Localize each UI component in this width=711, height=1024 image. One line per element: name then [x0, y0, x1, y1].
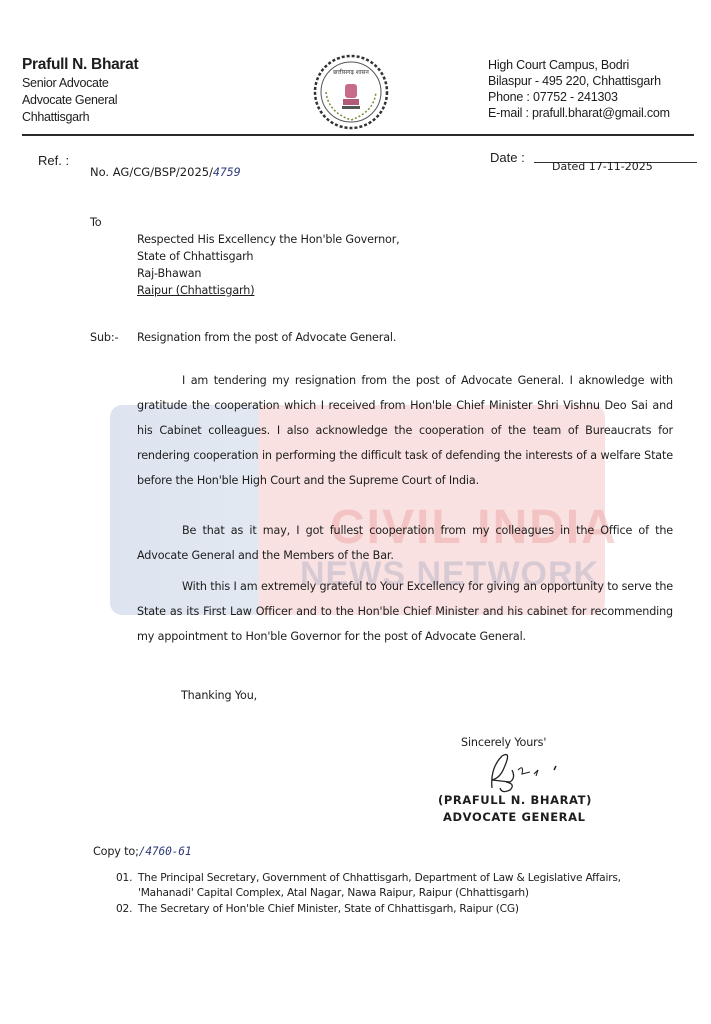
signatory-name: (PRAFULL N. BHARAT) — [438, 793, 592, 807]
signature — [472, 748, 572, 798]
phone: Phone : 07752 - 241303 — [488, 90, 618, 104]
recipient-line-3: Raj-Bhawan — [137, 267, 201, 280]
date-label: Date : — [490, 150, 525, 165]
address-line-1: High Court Campus, Bodri — [488, 58, 629, 72]
copy-to-handwritten: /4760-61 — [139, 845, 192, 858]
svg-text:छत्तीसगढ़ शासन: छत्तीसगढ़ शासन — [333, 68, 369, 76]
recipient-line-4: Raipur (Chhattisgarh) — [137, 284, 254, 297]
letterhead-state: Chhattisgarh — [22, 110, 89, 124]
copy-item-1-number: 01. — [116, 872, 132, 884]
recipient-line-2: State of Chhattisgarh — [137, 250, 253, 263]
letterhead-office: Advocate General — [22, 93, 117, 107]
ref-label: Ref. : — [38, 153, 69, 168]
copy-item-1-line-2: 'Mahanadi' Capital Complex, Atal Nagar, … — [138, 887, 529, 899]
ref-number: No. AG/CG/BSP/2025/4759 — [90, 165, 241, 179]
body-paragraph-2: Be that as it may, I got fullest coopera… — [137, 518, 673, 568]
copy-to: Copy to;/4760-61 — [93, 845, 191, 858]
copy-to-label: Copy to; — [93, 845, 139, 858]
recipient-line-1: Respected His Excellency the Hon'ble Gov… — [137, 233, 400, 246]
state-emblem-icon: छत्तीसगढ़ शासन — [312, 52, 390, 132]
copy-item-2-number: 02. — [116, 903, 132, 915]
date-value: Dated 17-11-2025 — [552, 160, 653, 173]
copy-item-2-line-1: The Secretary of Hon'ble Chief Minister,… — [138, 903, 519, 915]
body-paragraph-3: With this I am extremely grateful to You… — [137, 574, 673, 649]
ref-number-printed: No. AG/CG/BSP/2025/ — [90, 165, 213, 179]
ref-number-handwritten: 4759 — [213, 165, 241, 179]
letterhead-designation: Senior Advocate — [22, 76, 109, 90]
to-label: To — [90, 216, 101, 229]
letterhead-name: Prafull N. Bharat — [22, 56, 138, 74]
signatory-title: ADVOCATE GENERAL — [443, 810, 586, 824]
thanks: Thanking You, — [181, 689, 257, 702]
subject-text: Resignation from the post of Advocate Ge… — [137, 331, 396, 344]
address-line-2: Bilaspur - 495 220, Chhattisgarh — [488, 74, 661, 88]
copy-item-1-line-1: The Principal Secretary, Government of C… — [138, 872, 621, 884]
letterhead-divider — [22, 134, 694, 136]
body-paragraph-1: I am tendering my resignation from the p… — [137, 368, 673, 493]
subject-label: Sub:- — [90, 331, 118, 344]
email: E-mail : prafull.bharat@gmail.com — [488, 106, 670, 120]
